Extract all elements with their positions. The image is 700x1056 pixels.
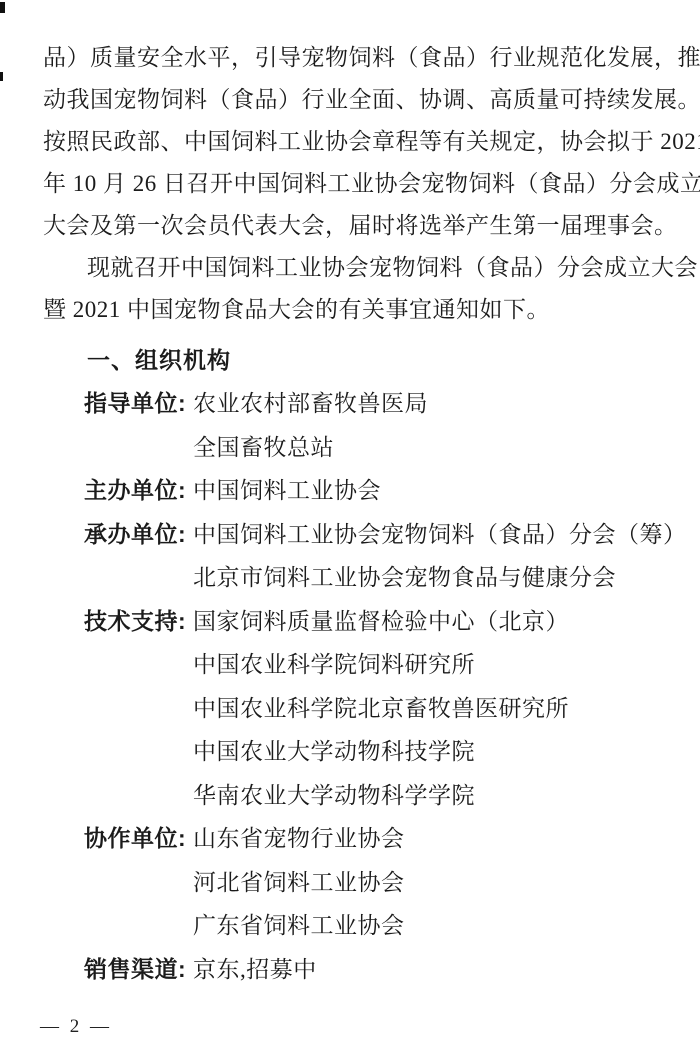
org-label [84, 556, 193, 600]
org-value: 国家饲料质量监督检验中心（北京） [193, 600, 569, 644]
org-label [84, 904, 193, 948]
page-number: — 2 — [40, 1016, 112, 1038]
paragraph-line: 动我国宠物饲料（食品）行业全面、协调、高质量可持续发展。 [43, 79, 695, 121]
paragraph-line: 品）质量安全水平，引导宠物饲料（食品）行业规范化发展，推 [43, 37, 695, 79]
org-value: 华南农业大学动物科学学院 [193, 774, 475, 818]
org-row: 广东省饲料工业协会 [43, 904, 695, 948]
org-row: 中国农业科学院饲料研究所 [43, 643, 695, 687]
org-row: 中国农业科学院北京畜牧兽医研究所 [43, 687, 695, 731]
org-label [84, 687, 193, 731]
org-label: 承办单位: [84, 513, 193, 557]
org-row: 全国畜牧总站 [43, 426, 695, 470]
document-content: 品）质量安全水平，引导宠物饲料（食品）行业规范化发展，推动我国宠物饲料（食品）行… [43, 37, 695, 991]
org-label [84, 774, 193, 818]
org-value: 京东,招募中 [193, 948, 317, 992]
org-row: 河北省饲料工业协会 [43, 861, 695, 905]
org-value: 中国农业大学动物科技学院 [193, 730, 475, 774]
org-label: 销售渠道: [84, 948, 193, 992]
org-label [84, 861, 193, 905]
org-value: 农业农村部畜牧兽医局 [193, 382, 428, 426]
org-row: 中国农业大学动物科技学院 [43, 730, 695, 774]
org-label [84, 426, 193, 470]
org-label: 协作单位: [84, 817, 193, 861]
paragraphs: 品）质量安全水平，引导宠物饲料（食品）行业规范化发展，推动我国宠物饲料（食品）行… [43, 37, 695, 331]
org-value: 河北省饲料工业协会 [193, 861, 405, 905]
org-row: 协作单位:山东省宠物行业协会 [43, 817, 695, 861]
org-value: 中国农业科学院北京畜牧兽医研究所 [193, 687, 569, 731]
paragraph-line: 按照民政部、中国饲料工业协会章程等有关规定，协会拟于 2021 [43, 121, 695, 163]
organization-list: 指导单位:农业农村部畜牧兽医局全国畜牧总站主办单位:中国饲料工业协会承办单位:中… [43, 382, 695, 991]
org-label [84, 643, 193, 687]
paragraph-line: 大会及第一次会员代表大会，届时将选举产生第一届理事会。 [43, 205, 695, 247]
scan-artifact-top [0, 2, 5, 13]
paragraph-line: 暨 2021 中国宠物食品大会的有关事宜通知如下。 [43, 289, 695, 331]
org-label: 主办单位: [84, 469, 193, 513]
section-heading: 一、组织机构 [87, 339, 695, 382]
org-row: 技术支持:国家饲料质量监督检验中心（北京） [43, 600, 695, 644]
org-value: 中国饲料工业协会 [193, 469, 381, 513]
org-value: 广东省饲料工业协会 [193, 904, 405, 948]
org-value: 中国农业科学院饲料研究所 [193, 643, 475, 687]
org-row: 承办单位:中国饲料工业协会宠物饲料（食品）分会（筹） [43, 513, 695, 557]
org-row: 指导单位:农业农村部畜牧兽医局 [43, 382, 695, 426]
org-row: 北京市饲料工业协会宠物食品与健康分会 [43, 556, 695, 600]
org-label: 指导单位: [84, 382, 193, 426]
org-label: 技术支持: [84, 600, 193, 644]
org-value: 山东省宠物行业协会 [193, 817, 405, 861]
paragraph: 现就召开中国饲料工业协会宠物饲料（食品）分会成立大会暨 2021 中国宠物食品大… [43, 247, 695, 331]
document-page: 品）质量安全水平，引导宠物饲料（食品）行业规范化发展，推动我国宠物饲料（食品）行… [0, 0, 700, 1056]
org-value: 中国饲料工业协会宠物饲料（食品）分会（筹） [193, 513, 687, 557]
scan-artifact-left [0, 72, 3, 81]
org-row: 主办单位:中国饲料工业协会 [43, 469, 695, 513]
org-row: 销售渠道:京东,招募中 [43, 948, 695, 992]
org-row: 华南农业大学动物科学学院 [43, 774, 695, 818]
paragraph-line: 现就召开中国饲料工业协会宠物饲料（食品）分会成立大会 [43, 247, 695, 289]
paragraph: 品）质量安全水平，引导宠物饲料（食品）行业规范化发展，推动我国宠物饲料（食品）行… [43, 37, 695, 247]
org-value: 北京市饲料工业协会宠物食品与健康分会 [193, 556, 616, 600]
org-value: 全国畜牧总站 [193, 426, 334, 470]
org-label [84, 730, 193, 774]
paragraph-line: 年 10 月 26 日召开中国饲料工业协会宠物饲料（食品）分会成立 [43, 163, 695, 205]
